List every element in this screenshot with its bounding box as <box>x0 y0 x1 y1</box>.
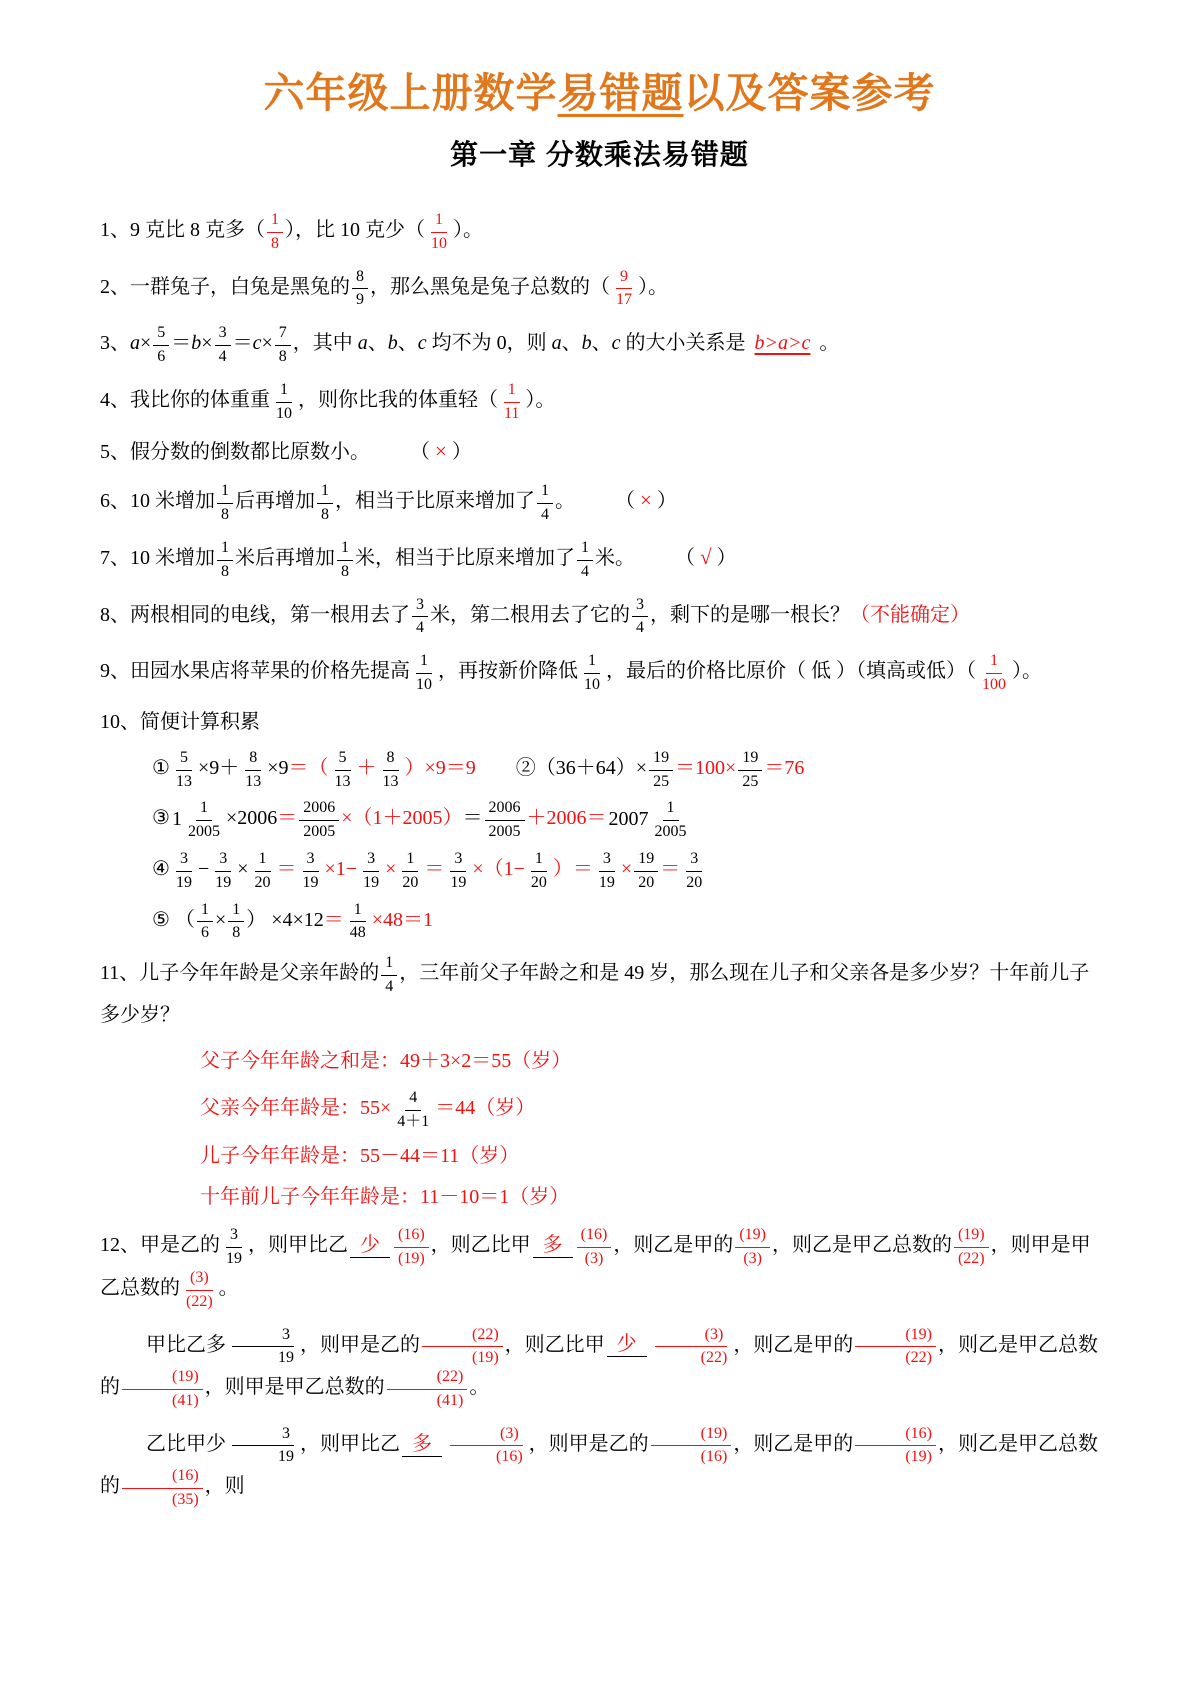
text-segment: ，则乙比甲 <box>505 1333 605 1355</box>
fraction: 319 <box>228 1325 298 1368</box>
fraction-denominator: (16) <box>446 1446 527 1466</box>
fraction-denominator: (41) <box>387 1390 468 1410</box>
text-segment: ）。 <box>525 389 555 411</box>
fraction: 110 <box>412 651 436 694</box>
fraction: 1920 <box>634 849 658 892</box>
text-segment: ×9＋ <box>198 757 239 779</box>
question-7: 7、10 米增加18米后再增加18米，相当于比原来增加了14米。 （ √ ） <box>100 531 1099 588</box>
answer-text: √ <box>700 545 712 569</box>
answer-text: × <box>640 488 652 512</box>
fraction-numerator: 3 <box>303 849 319 872</box>
answer-text: ＋ <box>357 757 377 779</box>
fraction-denominator: 8 <box>217 504 233 524</box>
answer-text: ＝ <box>660 858 680 880</box>
question-2: 2、一群兔子，白兔是黑兔的89，那么黑兔是兔子总数的（917）。 <box>100 260 1099 317</box>
text-segment: ③ <box>152 807 170 829</box>
fraction-stack: (16)(19) <box>394 1225 429 1268</box>
fraction-stack: (16)(19) <box>855 1424 936 1467</box>
fraction: 110 <box>580 651 604 694</box>
fraction-stack: (3)(22) <box>651 1325 732 1368</box>
fraction-stack: 14 <box>577 538 593 581</box>
fraction: (3)(22) <box>182 1268 217 1311</box>
answer-text: 父亲今年年龄是：55× <box>200 1097 391 1119</box>
question-4: 4、我比你的体重重110，则你比我的体重轻（111）。 <box>100 373 1099 430</box>
fraction: (19)(3) <box>735 1225 770 1268</box>
fraction-denominator: 19 <box>595 872 619 892</box>
fraction-stack: 34 <box>632 595 648 638</box>
text-segment: 7、10 米增加 <box>100 547 215 569</box>
fraction-denominator: 8 <box>317 504 333 524</box>
fraction-denominator: 100 <box>978 674 1010 694</box>
fraction-numerator: 5 <box>153 323 169 346</box>
question-12-b: 甲比乙多319，则甲是乙的(22)(19)，则乙比甲少(3)(22)，则乙是甲的… <box>100 1318 1099 1417</box>
fraction-numerator: 19 <box>649 748 673 771</box>
fraction: 111 <box>500 380 523 423</box>
fraction-stack: (19)(22) <box>855 1325 936 1368</box>
fraction-numerator: 1 <box>663 798 679 821</box>
fraction-stack: 18 <box>228 900 244 943</box>
fraction-numerator: 3 <box>686 849 702 872</box>
text-segment: ，则乙是甲的 <box>613 1234 733 1256</box>
fraction-denominator: 2005 <box>299 821 339 841</box>
fraction: 34 <box>412 595 428 638</box>
fraction-stack: 18 <box>317 481 333 524</box>
fraction-stack: 319 <box>211 849 235 892</box>
fraction-denominator: 4 <box>632 617 648 637</box>
fraction: 34 <box>632 595 648 638</box>
fraction: 44＋1 <box>393 1088 433 1131</box>
answer-text: ＝（ <box>289 757 329 779</box>
fraction: 78 <box>275 323 291 366</box>
answer-text: ）＝ <box>553 858 593 880</box>
fraction-denominator: 4 <box>412 617 428 637</box>
whole-number: 1 <box>172 805 182 834</box>
text-segment: 乙比甲少 <box>146 1433 226 1455</box>
blank-answer: 少 <box>607 1333 647 1357</box>
fraction: (22)(41) <box>387 1367 468 1410</box>
fraction-denominator: 20 <box>634 872 658 892</box>
fraction-numerator: 1 <box>431 210 447 233</box>
fraction-stack: (19)(16) <box>651 1424 732 1467</box>
text-segment: ，其中 <box>293 332 358 354</box>
fraction: 18 <box>217 538 233 581</box>
fraction: 120 <box>251 849 275 892</box>
fraction-stack: 111 <box>500 380 523 423</box>
fraction-numerator: 9 <box>616 267 632 290</box>
answer-text: ＝ <box>277 807 297 829</box>
fraction-denominator: 13 <box>241 771 265 791</box>
fraction-denominator: 8 <box>267 233 283 253</box>
text-segment: ，则甲比乙 <box>300 1433 400 1455</box>
fraction: (16)(3) <box>577 1225 612 1268</box>
fraction-stack: 14 <box>381 953 397 996</box>
fraction-stack: 18 <box>217 538 233 581</box>
text-segment: × <box>261 332 272 354</box>
text-segment: 2、一群兔子，白兔是黑兔的 <box>100 275 350 297</box>
fraction-numerator: 3 <box>232 1325 294 1348</box>
fraction: (19)(22) <box>954 1225 989 1268</box>
fraction-numerator: 3 <box>363 849 379 872</box>
text-segment: ） <box>652 490 677 512</box>
fraction-denominator: 19 <box>299 872 323 892</box>
text-segment: 、 <box>562 332 582 354</box>
text-segment: 。 <box>814 332 839 354</box>
fraction-numerator: (16) <box>394 1225 429 1248</box>
fraction-stack: 120 <box>398 849 422 892</box>
fraction-numerator: 1 <box>217 538 233 561</box>
text-segment: 米，第二根用去了它的 <box>430 603 630 625</box>
fraction-stack: 513 <box>172 748 196 791</box>
fraction: 513 <box>331 748 355 791</box>
fraction-stack: 110 <box>272 380 296 423</box>
fraction-stack: 319 <box>172 849 196 892</box>
fraction-numerator: 1 <box>217 481 233 504</box>
fraction-numerator: 1 <box>416 651 432 674</box>
answer-text: 父子今年年龄之和是：49＋3×2＝55（岁） <box>200 1050 571 1072</box>
fraction: 14 <box>537 481 553 524</box>
page-title: 六年级上册数学易错题以及答案参考 <box>100 60 1099 119</box>
fraction-denominator: 10 <box>427 233 451 253</box>
fraction-numerator: (19) <box>651 1424 732 1447</box>
fraction-stack: 12005 <box>184 798 224 841</box>
text-segment: b <box>191 332 201 354</box>
fraction-denominator: (19) <box>394 1248 429 1268</box>
fraction: 34 <box>215 323 231 366</box>
fraction: 14 <box>381 953 397 996</box>
answer-text: ＝44（岁） <box>435 1097 535 1119</box>
answer-text: ＝ <box>424 858 444 880</box>
fraction-denominator: 10 <box>580 674 604 694</box>
fraction-numerator: (16) <box>855 1424 936 1447</box>
fraction-denominator: 11 <box>500 403 523 423</box>
calc-1-2: ①513×9＋813×9＝（513＋813）×9＝9 ②（36＋64）×1925… <box>152 744 1099 795</box>
fraction-denominator: 19 <box>228 1446 298 1466</box>
answer-text: ＝ <box>277 858 297 880</box>
fraction-denominator: 13 <box>379 771 403 791</box>
text-segment: 后再增加 <box>235 490 315 512</box>
text-segment: × <box>237 858 248 880</box>
document-body: 1、9 克比 8 克多（18），比 10 克少（110）。2、一群兔子，白兔是黑… <box>100 203 1099 1516</box>
chapter-heading: 第一章 分数乘法易错题 <box>100 133 1099 173</box>
fraction: (19)(41) <box>122 1367 203 1410</box>
answer-11-2: 父亲今年年龄是：55×44＋1＝44（岁） <box>200 1082 1099 1137</box>
question-12-c: 乙比甲少319，则甲比乙多(3)(16)，则甲是乙的(19)(16)，则乙是甲的… <box>100 1417 1099 1516</box>
text-segment: ，则乙是甲的 <box>733 1333 853 1355</box>
fraction: 200712005 <box>609 798 691 841</box>
fraction-stack: 1925 <box>738 748 762 791</box>
text-segment: ）。 <box>1012 660 1042 682</box>
text-segment: ＝ <box>463 807 483 829</box>
fraction-denominator: (3) <box>581 1248 608 1268</box>
fraction-numerator: (3) <box>450 1424 523 1447</box>
fraction-denominator: 4 <box>381 976 397 996</box>
question-8: 8、两根相同的电线，第一根用去了34米，第二根用去了它的34，剩下的是哪一根长？… <box>100 588 1099 645</box>
fraction-numerator: 4 <box>405 1088 421 1111</box>
fraction-stack: 44＋1 <box>393 1088 433 1131</box>
fraction-numerator: (16) <box>122 1466 203 1489</box>
text-segment: a <box>552 332 562 354</box>
fraction-stack: 319 <box>446 849 470 892</box>
fraction: 148 <box>346 900 370 943</box>
text-segment: c <box>612 332 621 354</box>
text-segment: ，再按新价降低 <box>438 660 578 682</box>
fraction-numerator: 8 <box>245 748 261 771</box>
fraction-denominator: 8 <box>337 561 353 581</box>
fraction-numerator: 3 <box>232 1424 294 1447</box>
fraction: 319 <box>446 849 470 892</box>
fraction-stack: (16)(3) <box>577 1225 612 1268</box>
text-segment: 5、假分数的倒数都比原数小。 （ <box>100 441 435 463</box>
fraction: 110 <box>272 380 296 423</box>
text-segment: 、 <box>368 332 388 354</box>
text-segment: ×9 <box>267 757 288 779</box>
answer-text: ×48＝1 <box>372 908 433 930</box>
fraction: (16)(19) <box>855 1424 936 1467</box>
answer-text: ＝100× <box>675 757 736 779</box>
answer-11-4: 十年前儿子今年年龄是：11－10＝1（岁） <box>200 1177 1099 1218</box>
fraction-denominator: 20 <box>682 872 706 892</box>
fraction-stack: 120 <box>527 849 551 892</box>
question-12-a: 12、甲是乙的319，则甲比乙少(16)(19)，则乙比甲多(16)(3)，则乙… <box>100 1218 1099 1317</box>
fraction-denominator: (3) <box>739 1248 766 1268</box>
answer-text: ＋2006＝ <box>527 807 607 829</box>
fraction-denominator: (19) <box>855 1446 936 1466</box>
fraction-stack: 319 <box>228 1325 298 1368</box>
fraction: 56 <box>153 323 169 366</box>
fraction: (19)(16) <box>651 1424 732 1467</box>
text-segment: 均不为 0，则 <box>427 332 552 354</box>
calc-3: ③112005×2006＝20062005×（1＋2005）＝20062005＋… <box>152 794 1099 845</box>
text-segment: 米，相当于比原来增加了 <box>355 547 575 569</box>
text-segment: ），比 10 克少（ <box>285 219 425 241</box>
whole-number: 2007 <box>609 805 649 834</box>
text-segment: 6、10 米增加 <box>100 490 215 512</box>
fraction-denominator: 20 <box>251 872 275 892</box>
fraction-stack: 78 <box>275 323 291 366</box>
text-segment: 的大小关系是 <box>621 332 751 354</box>
question-5: 5、假分数的倒数都比原数小。 （ × ） <box>100 429 1099 474</box>
text-segment: ，则乙比甲 <box>431 1234 531 1256</box>
text-segment: ） <box>447 441 472 463</box>
fraction-denominator: (22) <box>954 1248 989 1268</box>
fraction-numerator: 1 <box>196 798 212 821</box>
fraction-stack: 16 <box>197 900 213 943</box>
text-segment: 。 <box>219 1277 239 1299</box>
fraction: 20062005 <box>485 798 525 841</box>
fraction-numerator: 8 <box>383 748 399 771</box>
fraction-denominator: (22) <box>182 1291 217 1311</box>
fraction-denominator: 9 <box>352 289 368 309</box>
text-segment: ×2006 <box>226 807 277 829</box>
fraction: 18 <box>337 538 353 581</box>
fraction-numerator: (22) <box>387 1367 468 1390</box>
fraction-denominator: 48 <box>346 922 370 942</box>
fraction-denominator: 20 <box>527 872 551 892</box>
fraction: 20062005 <box>299 798 339 841</box>
fraction-stack: 110 <box>412 651 436 694</box>
fraction-numerator: 19 <box>738 748 762 771</box>
fraction-denominator: (35) <box>122 1489 203 1509</box>
fraction-denominator: 4 <box>537 504 553 524</box>
fraction-numerator: 1 <box>267 210 283 233</box>
fraction: 319 <box>222 1225 246 1268</box>
text-segment: ＝ <box>233 332 253 354</box>
answer-text: ×（1＋2005） <box>341 807 462 829</box>
fraction: 89 <box>352 267 368 310</box>
question-9: 9、田园水果店将苹果的价格先提高110，再按新价降低110，最后的价格比原价（ … <box>100 644 1099 701</box>
text-segment: ） <box>712 547 737 569</box>
fraction-numerator: (19) <box>954 1225 989 1248</box>
fraction: 1925 <box>649 748 673 791</box>
text-segment: a <box>130 332 140 354</box>
answer-text: ）×9＝9 <box>405 757 476 779</box>
answer-text: ＝76 <box>764 757 804 779</box>
fraction-stack: 319 <box>222 1225 246 1268</box>
fraction-numerator: (16) <box>577 1225 612 1248</box>
fraction: 16 <box>197 900 213 943</box>
fraction-denominator: 2005 <box>485 821 525 841</box>
fraction-stack: 12005 <box>651 798 691 841</box>
text-segment: ④ <box>152 858 170 880</box>
fraction-numerator: 5 <box>176 748 192 771</box>
fraction-stack: (19)(41) <box>122 1367 203 1410</box>
text-segment: b <box>582 332 592 354</box>
fraction: 18 <box>267 210 283 253</box>
text-segment: 11、儿子今年年龄是父亲年龄的 <box>100 962 379 984</box>
text-segment: 、 <box>592 332 612 354</box>
fraction-denominator: 4＋1 <box>393 1111 433 1131</box>
text-segment: ① <box>152 757 170 779</box>
fraction-denominator: (41) <box>122 1390 203 1410</box>
fraction-denominator: 19 <box>359 872 383 892</box>
fraction-stack: 319 <box>595 849 619 892</box>
text-segment: 。 （ <box>555 490 640 512</box>
text-segment: ，最后的价格比原价（ 低 ）（填高或低）（ <box>606 660 976 682</box>
fraction-numerator: 1 <box>504 380 520 403</box>
fraction-numerator: 1 <box>228 900 244 923</box>
title-underlined-part: 易错题 <box>558 70 684 116</box>
fraction: 319 <box>211 849 235 892</box>
fraction-stack: 34 <box>412 595 428 638</box>
fraction-numerator: 3 <box>215 849 231 872</box>
fraction-stack: 18 <box>337 538 353 581</box>
text-segment: ，则甲是甲乙总数的 <box>205 1376 385 1398</box>
text-segment: ）。 <box>638 275 668 297</box>
text-segment: 。 <box>469 1376 489 1398</box>
fraction-denominator: 8 <box>217 561 233 581</box>
fraction-denominator: 8 <box>228 922 244 942</box>
fraction: 1100 <box>978 651 1010 694</box>
text-segment: ，则你比我的体重轻（ <box>298 389 498 411</box>
fraction-stack: 110 <box>427 210 451 253</box>
answer-text: × <box>385 858 396 880</box>
fraction: 319 <box>172 849 196 892</box>
text-segment: 8、两根相同的电线，第一根用去了 <box>100 603 410 625</box>
fraction: 320 <box>682 849 706 892</box>
answer-text: （不能确定） <box>850 603 970 625</box>
fraction: 513 <box>172 748 196 791</box>
question-1: 1、9 克比 8 克多（18），比 10 克少（110）。 <box>100 203 1099 260</box>
fraction-denominator: 19 <box>228 1347 298 1367</box>
text-segment: c <box>418 332 427 354</box>
fraction-denominator: 6 <box>197 922 213 942</box>
fraction-stack: 120 <box>251 849 275 892</box>
fraction-denominator: (19) <box>422 1347 503 1367</box>
fraction-stack: 18 <box>217 481 233 524</box>
fraction-denominator: 4 <box>577 561 593 581</box>
fraction: 18 <box>317 481 333 524</box>
fraction: (3)(16) <box>446 1424 527 1467</box>
fraction-denominator: 13 <box>172 771 196 791</box>
fraction-numerator: 1 <box>337 538 353 561</box>
fraction: (22)(19) <box>422 1325 503 1368</box>
title-suffix: 以及答案参考 <box>684 70 936 116</box>
fraction: 14 <box>577 538 593 581</box>
fraction-numerator: 3 <box>450 849 466 872</box>
fraction-denominator: 13 <box>331 771 355 791</box>
fraction-denominator: 2005 <box>184 821 224 841</box>
fraction-numerator: 2006 <box>299 798 339 821</box>
text-segment: 米。 （ <box>595 547 700 569</box>
blank-answer: 多 <box>533 1234 573 1258</box>
fraction: 112005 <box>172 798 224 841</box>
fraction-stack: 513 <box>331 748 355 791</box>
text-segment: 10、简便计算积累 <box>100 711 260 733</box>
fraction-numerator: 1 <box>577 538 593 561</box>
fraction-stack: 148 <box>346 900 370 943</box>
text-segment: ，则乙是甲乙总数的 <box>772 1234 952 1256</box>
fraction: 18 <box>217 481 233 524</box>
answer-11-1: 父子今年年龄之和是：49＋3×2＝55（岁） <box>200 1041 1099 1082</box>
fraction-numerator: 8 <box>352 267 368 290</box>
answer-text: ×（1− <box>472 858 525 880</box>
fraction: (16)(35) <box>122 1466 203 1509</box>
fraction-stack: (3)(16) <box>446 1424 527 1467</box>
answer-text: ×1− <box>325 858 358 880</box>
answer-text: b>a>c <box>751 332 815 354</box>
answer-text: 儿子今年年龄是：55－44＝11（岁） <box>200 1145 519 1167</box>
fraction-numerator: 3 <box>599 849 615 872</box>
text-segment: 12、甲是乙的 <box>100 1234 220 1256</box>
fraction: (16)(19) <box>394 1225 429 1268</box>
worksheet-page: 六年级上册数学易错题以及答案参考 第一章 分数乘法易错题 1、9 克比 8 克多… <box>0 0 1191 1684</box>
fraction-numerator: 1 <box>381 953 397 976</box>
fraction-stack: 56 <box>153 323 169 366</box>
fraction: 813 <box>379 748 403 791</box>
fraction: (19)(22) <box>855 1325 936 1368</box>
fraction-denominator: 6 <box>153 346 169 366</box>
text-segment: 4、我比你的体重重 <box>100 389 270 411</box>
fraction-numerator: 7 <box>275 323 291 346</box>
fraction-numerator: 1 <box>276 380 292 403</box>
text-segment: ⑤ （ <box>152 908 195 930</box>
fraction-stack: 813 <box>241 748 265 791</box>
text-segment: ） ×4×12 <box>246 908 324 930</box>
text-segment: ，则甲是乙的 <box>300 1333 420 1355</box>
fraction-denominator: 17 <box>612 289 636 309</box>
text-segment: ，则乙是甲的 <box>733 1433 853 1455</box>
fraction-denominator: 19 <box>446 872 470 892</box>
fraction-stack: (16)(35) <box>122 1466 203 1509</box>
fraction-numerator: 1 <box>537 481 553 504</box>
fraction-stack: (19)(22) <box>954 1225 989 1268</box>
fraction-stack: 1925 <box>649 748 673 791</box>
text-segment: a <box>358 332 368 354</box>
text-segment: × <box>140 332 151 354</box>
question-6: 6、10 米增加18后再增加18，相当于比原来增加了14。 （ × ） <box>100 474 1099 531</box>
answer-11-3: 儿子今年年龄是：55－44＝11（岁） <box>200 1136 1099 1177</box>
fraction-numerator: 3 <box>632 595 648 618</box>
